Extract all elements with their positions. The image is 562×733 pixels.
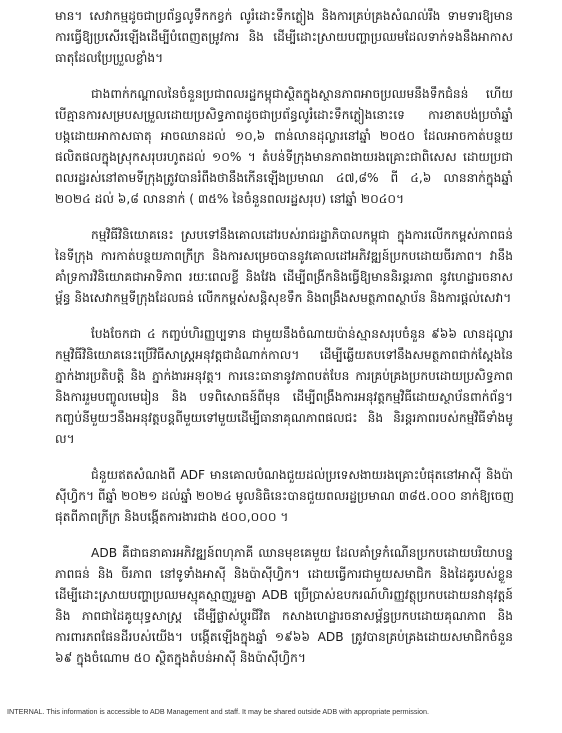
paragraph-about-adb: ADB គឺជាធនាគារអភិវឌ្ឍន៍ពហុភាគី ឈានមុខគេម…	[55, 543, 513, 669]
text-line: ជំនួយឥតសំណងពី ADF មានគោលបំណងជួយដល់ប្រទេស…	[55, 465, 513, 486]
text-line: ជាងពាក់កណ្ដាលនៃចំនួនប្រជាពលរដ្ឋកម្ពុជាស្…	[55, 84, 513, 105]
paragraph-urban-services: មាន។ សេវាកម្មដូចជាប្រព័ន្ធលូទឹកកខ្វក់ លូ…	[55, 6, 513, 69]
text-line: ធាតុដែលប្រែប្រួលខ្លាំង។	[55, 48, 513, 69]
document-page: មាន។ សេវាកម្មដូចជាប្រព័ន្ធលូទឹកកខ្វក់ លូ…	[0, 0, 562, 733]
text-line: មាន។ សេវាកម្មដូចជាប្រព័ន្ធលូទឹកកខ្វក់ លូ…	[55, 6, 513, 27]
text-line: បើគ្មានការសម្របសម្រួលដោយប្រសិទ្ធភាពដូចជា…	[55, 105, 513, 126]
text-line: ម្ព័ន្ធ និងសេវាកម្មទីក្រុងដែលធន់ លើកកម្ព…	[55, 288, 513, 309]
text-line: គាំទ្រការវិនិយោគជាអាទិភាព រយៈពេលខ្លី និង…	[55, 267, 513, 288]
paragraph-investment-program: កម្មវិធីវិនិយោគនេះ ស្របទៅនឹងគោលដៅរបស់រាជ…	[55, 225, 513, 309]
paragraph-flood-risk: ជាងពាក់កណ្ដាលនៃចំនួនប្រជាពលរដ្ឋកម្ពុជាស្…	[55, 84, 513, 210]
text-line: និងការរួមបញ្ចូលមេរៀន និង បទពិសោធន៍ពីមុន …	[55, 387, 513, 408]
paragraph-adf-grants: ជំនួយឥតសំណងពី ADF មានគោលបំណងជួយដល់ប្រទេស…	[55, 465, 513, 528]
text-line: ភ្នាក់ងារប្រតិបត្តិ និង ភ្នាក់ងារអនុវត្ត…	[55, 366, 513, 387]
text-line: ភាពធន់ និង ចីរភាព នៅទូទាំងអាស៊ី និងប៉ាស៊…	[55, 564, 513, 585]
text-line: កញ្ចប់នីមួយៗនឹងអនុវត្តបន្តពីមួយទៅមួយដើម្…	[55, 408, 513, 429]
text-line: បង្កដោយអាកាសធាតុ អាចឈានដល់ ១០,៦ ពាន់លានដ…	[55, 126, 513, 147]
text-line: ផុតពីភាពក្រីក្រ និងបង្កើតការងារជាង ៥០០,០…	[55, 507, 513, 528]
text-line: ល។	[55, 429, 513, 450]
text-line: បែងចែកជា ៤ កញ្ចប់ហិរញ្ញប្បទាន ជាមួយនឹងចំ…	[55, 324, 513, 345]
text-line: ការពារភពផែនដីរបស់យើង។ បង្កើតឡើងក្នុងឆ្នា…	[55, 627, 513, 648]
text-line: ៦៩ ក្នុងចំណោម ៥០ ស្ថិតក្នុងតំបន់អាស៊ី និ…	[55, 648, 513, 669]
text-line: ពលរដ្ឋរស់នៅតាមទីក្រុងត្រូវបានរំពឹងថានឹងក…	[55, 168, 513, 189]
classification-footer: INTERNAL. This information is accessible…	[7, 707, 429, 716]
text-line: កម្មវិធីវិនិយោគនេះ ស្របទៅនឹងគោលដៅរបស់រាជ…	[55, 225, 513, 246]
text-line: ADB គឺជាធនាគារអភិវឌ្ឍន៍ពហុភាគី ឈានមុខគេម…	[55, 543, 513, 564]
text-line: ផលិតផលក្នុងស្រុកសរុបរហូតដល់ ១០% ។ តំបន់ទ…	[55, 147, 513, 168]
document-body: មាន។ សេវាកម្មដូចជាប្រព័ន្ធលូទឹកកខ្វក់ លូ…	[55, 6, 513, 684]
text-line: ២០២៤ ដល់ ៦,៨ លាននាក់ ( ៣៥% នៃចំនួនពលរដ្ឋ…	[55, 189, 513, 210]
text-line: កម្មវិធីវិនិយោគនេះប្រើវិធីសាស្ត្រអនុវត្ត…	[55, 345, 513, 366]
text-line: ស៊ីហ្វិក។ ពីឆ្នាំ ២០២១ ដល់ឆ្នាំ ២០២៤ មូល…	[55, 486, 513, 507]
text-line: និង ភាពជាដៃគូយុទ្ធសាស្ត្រ ដើម្បីផ្លាស់ប្…	[55, 606, 513, 627]
paragraph-financing-tranches: បែងចែកជា ៤ កញ្ចប់ហិរញ្ញប្បទាន ជាមួយនឹងចំ…	[55, 324, 513, 450]
text-line: ដើម្បីដោះស្រាយបញ្ហាប្រឈមស្មុគស្មាញរួមគ្ន…	[55, 585, 513, 606]
text-line: ការធ្វើឱ្យប្រសើរឡើងដើម្បីបំពេញតម្រូវការ …	[55, 27, 513, 48]
text-line: នៃទីក្រុង ការកាត់បន្ថយភាពក្រីក្រ និងការស…	[55, 246, 513, 267]
